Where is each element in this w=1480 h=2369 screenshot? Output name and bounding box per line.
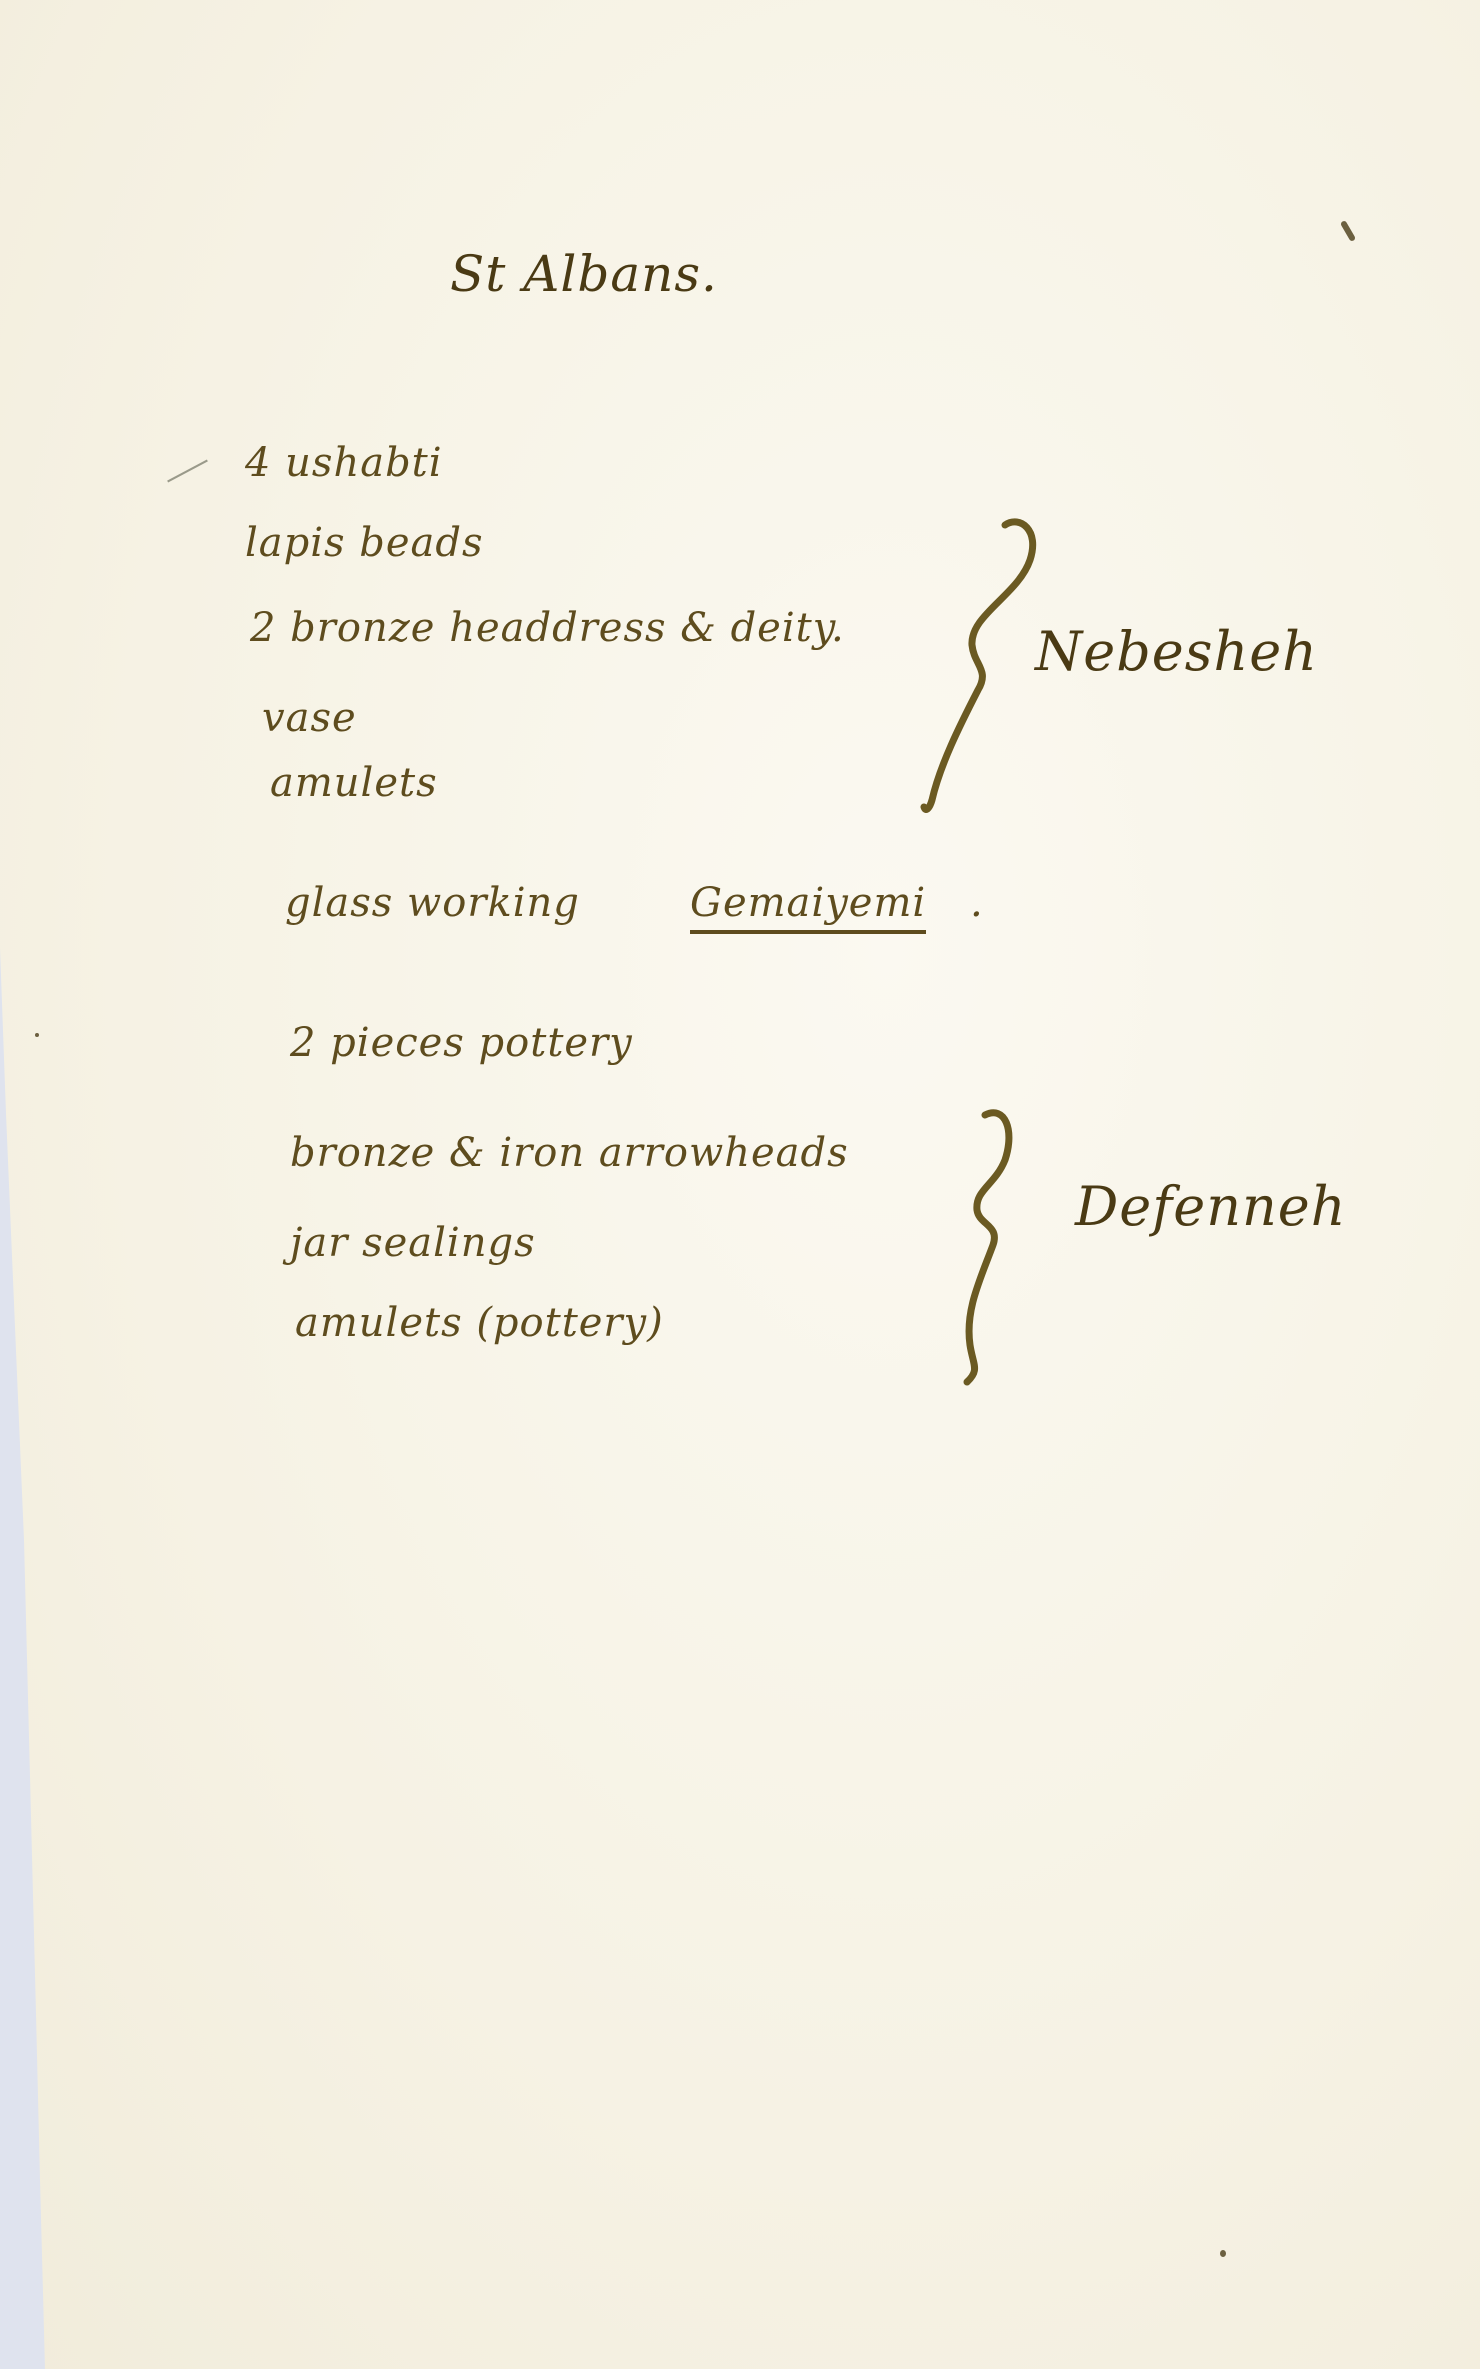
site-label-defenneh: Defenneh bbox=[1075, 1175, 1347, 1238]
list-item: 4 ushabti bbox=[245, 440, 443, 486]
curly-brace-icon bbox=[935, 1100, 1045, 1390]
list-item: amulets (pottery) bbox=[295, 1300, 664, 1346]
paper-blemish bbox=[1220, 2250, 1226, 2257]
list-item: 2 pieces pottery bbox=[290, 1020, 633, 1066]
list-item: vase bbox=[262, 695, 357, 741]
page-title: St Albans. bbox=[450, 245, 718, 303]
curly-brace-icon bbox=[900, 495, 1040, 815]
site-label-nebesheh: Nebesheh bbox=[1035, 620, 1318, 683]
list-item: lapis beads bbox=[245, 520, 484, 566]
period: . bbox=[970, 880, 984, 926]
list-item: amulets bbox=[270, 760, 438, 806]
paper-blemish bbox=[35, 1033, 39, 1037]
list-item: jar sealings bbox=[290, 1220, 536, 1266]
list-item: 2 bronze headdress & deity. bbox=[250, 605, 845, 651]
list-item: glass working bbox=[285, 880, 580, 926]
list-item: bronze & iron arrowheads bbox=[290, 1130, 849, 1176]
site-label-gemaiyemi: Gemaiyemi bbox=[690, 880, 926, 934]
